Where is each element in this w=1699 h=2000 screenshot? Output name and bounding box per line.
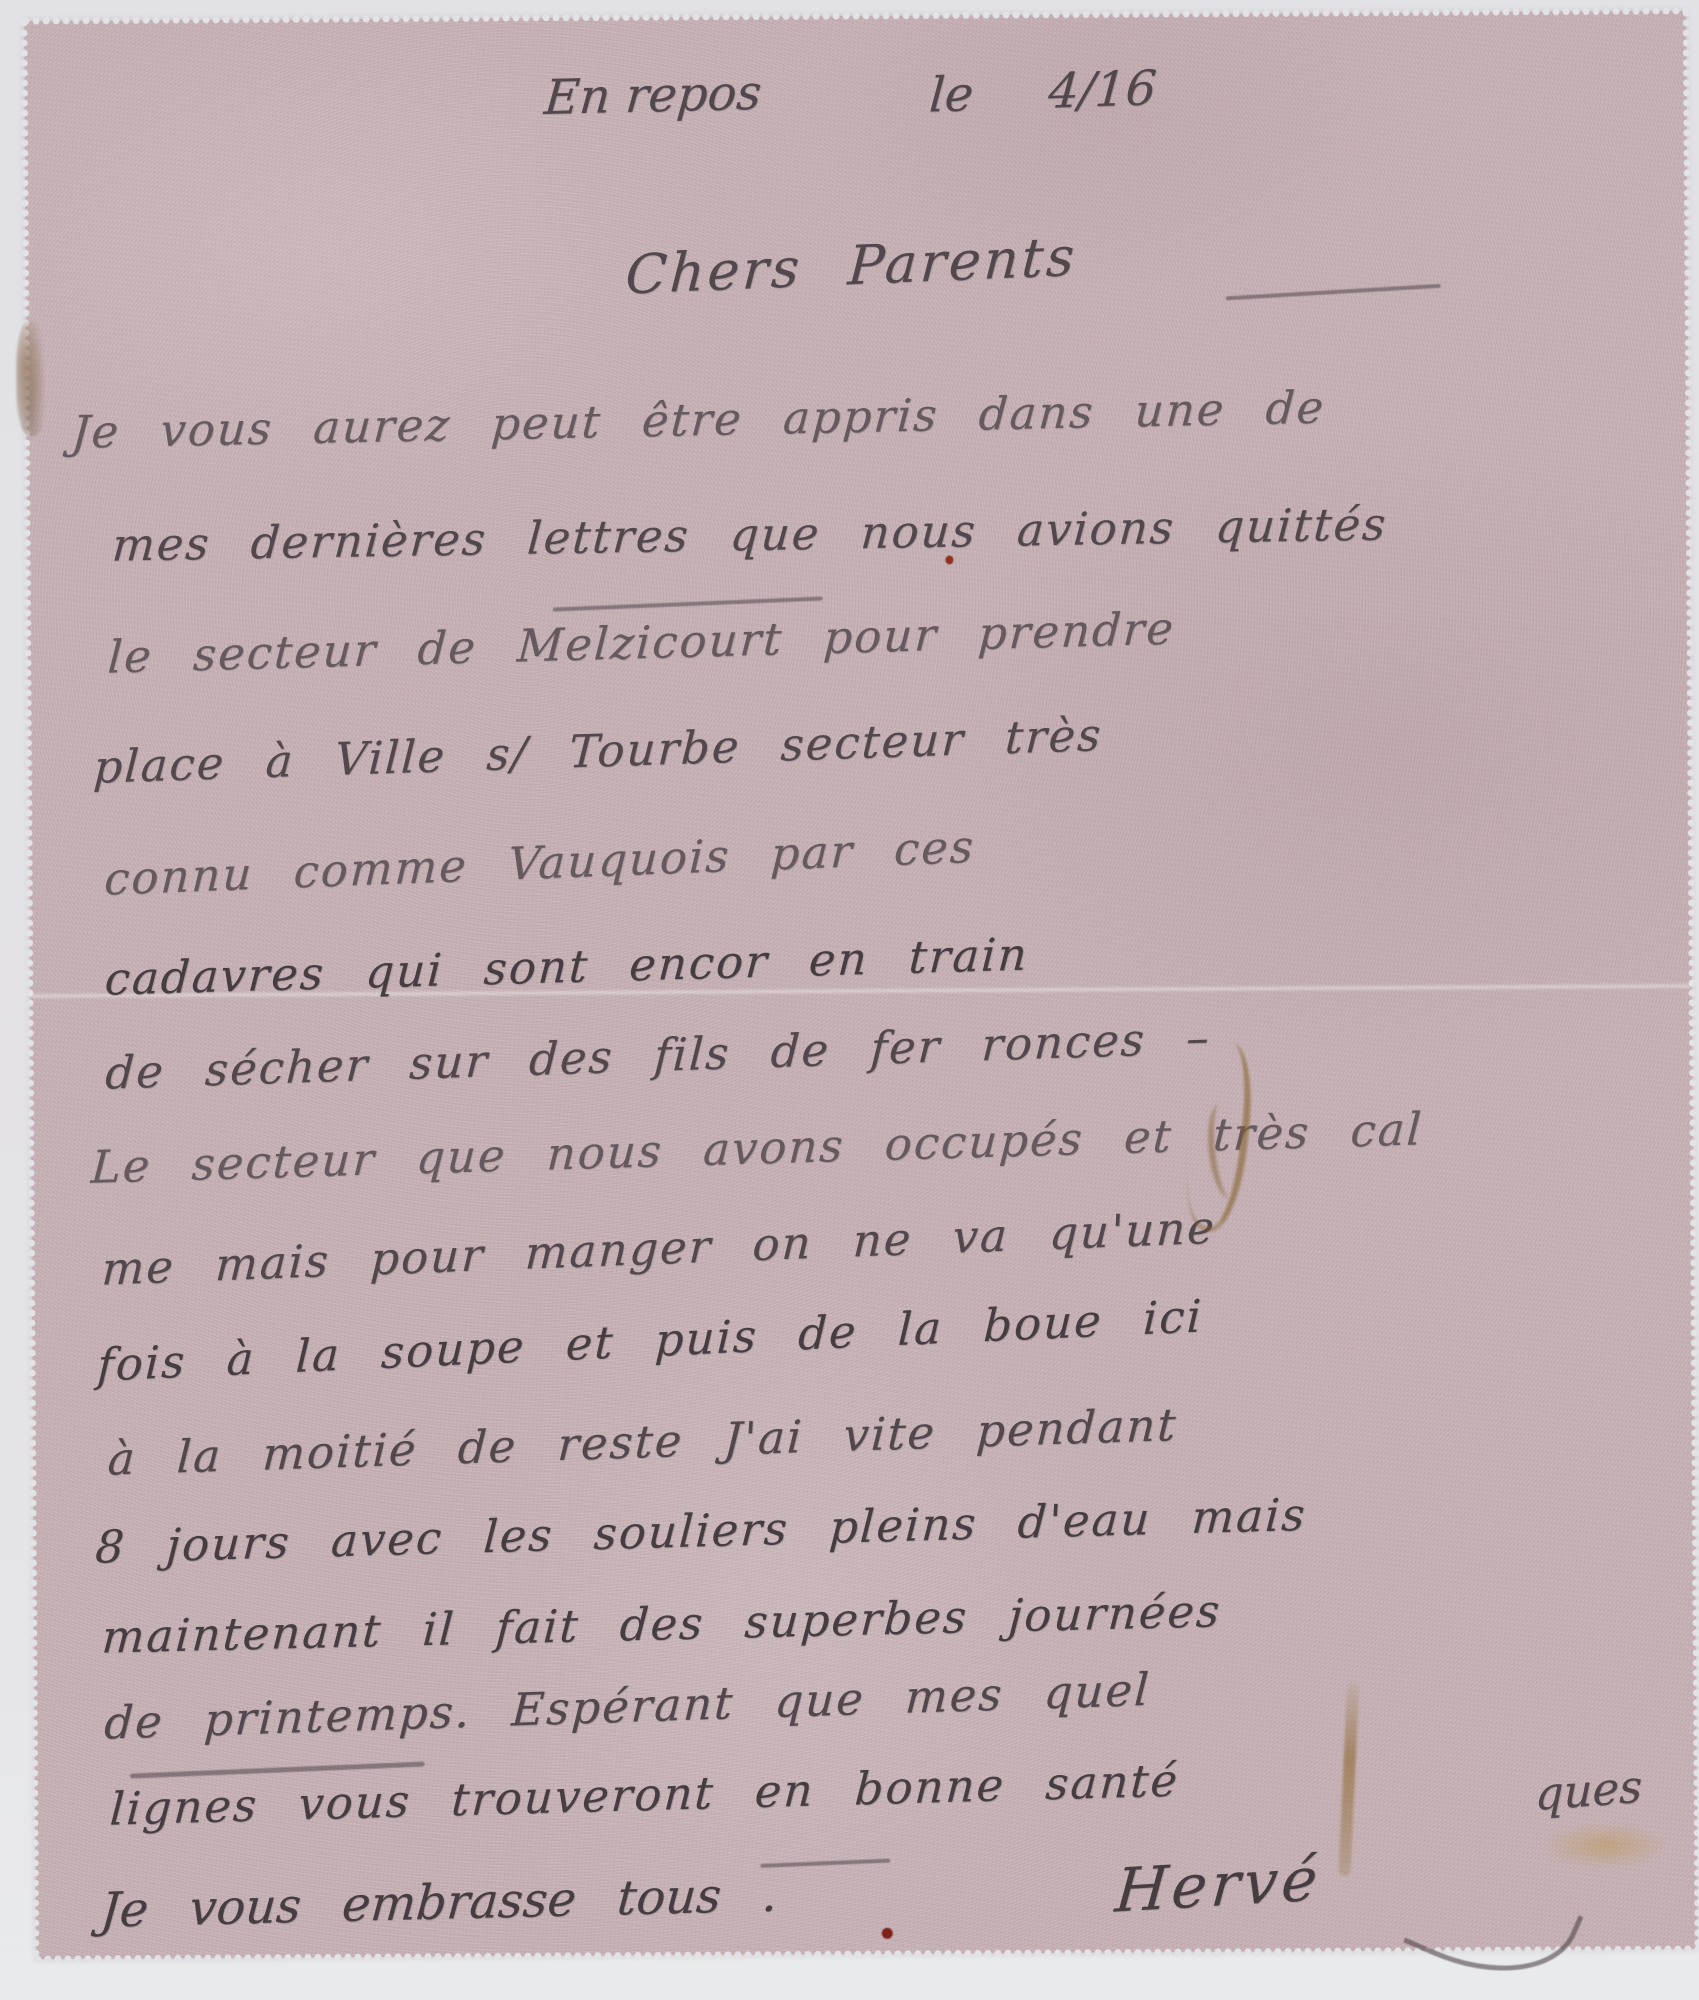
pen-stroke-after-salutation	[1226, 284, 1441, 301]
body-line: le secteur de Melzicourt pour prendre	[106, 602, 1176, 684]
wrapped-word-fragment: ques	[1535, 1760, 1643, 1821]
body-line: maintenant il fait des superbes journées	[100, 1584, 1223, 1663]
body-line: fois à la soupe et puis de la boue ici	[96, 1289, 1204, 1391]
header-place: En repos	[542, 65, 763, 126]
red-dot-after-closing	[882, 1928, 893, 1939]
perforated-edge-top	[21, 5, 1689, 27]
body-line: 8 jours avec les souliers pleins d'eau m…	[94, 1488, 1308, 1574]
pen-stroke-over-secteur	[553, 597, 823, 612]
perforated-edge-left	[18, 18, 42, 1962]
scan-background: { "letter": { "document_type": "handwrit…	[0, 0, 1699, 2000]
body-line: de sécher sur des fils de fer ronces –	[104, 1011, 1212, 1100]
body-line: à la moitié de reste J'ai vite pendant	[106, 1398, 1178, 1486]
perforated-edge-right	[1680, 8, 1699, 1952]
body-line: me mais pour manger on ne va qu'une	[100, 1201, 1217, 1296]
salutation: Chers Parents	[624, 225, 1079, 307]
letter-card: En repos le 4/16 Chers Parents Je vous a…	[24, 11, 1698, 1959]
body-line: lignes vous trouveront en bonne santé	[108, 1754, 1180, 1836]
edge-stain-bottom-right	[1540, 1821, 1670, 1870]
header-date: le 4/16	[928, 60, 1159, 123]
signature-flourish-stroke	[1403, 1855, 1583, 2000]
signature: Hervé	[1113, 1844, 1324, 1926]
body-line: Je vous aurez peut être appris dans une …	[70, 381, 1327, 459]
body-line: place à Ville s/ Tourbe secteur très	[92, 708, 1104, 794]
body-line: connu comme Vauquois par ces	[103, 820, 976, 906]
closing-line: Je vous embrasse tous .	[98, 1867, 780, 1939]
rust-stain-right-lower	[1338, 1681, 1359, 1876]
body-line: mes dernières lettres que nous avions qu…	[110, 497, 1389, 571]
body-line: de printemps. Espérant que mes quel	[103, 1663, 1152, 1750]
damage-spot-left-edge	[16, 321, 47, 436]
body-line: Le secteur que nous avons occupés et trè…	[90, 1102, 1425, 1193]
